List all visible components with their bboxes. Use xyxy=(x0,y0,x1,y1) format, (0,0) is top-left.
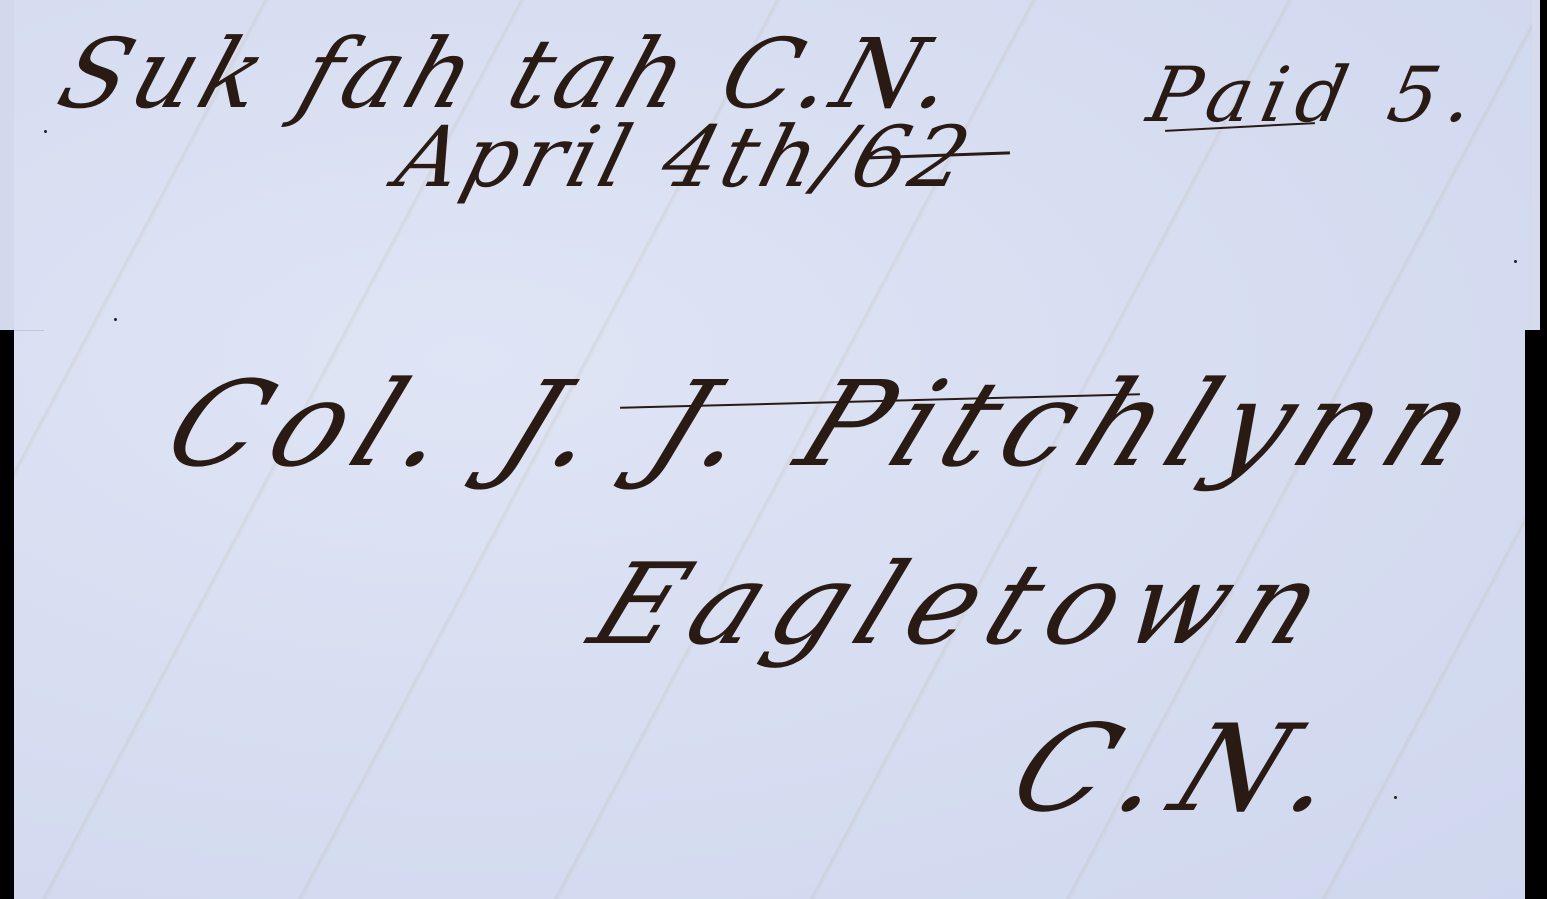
fold-crease xyxy=(14,330,44,331)
postage-rate: Paid 5. xyxy=(1141,50,1493,139)
ink-speck xyxy=(1514,260,1517,263)
addressee-name: Col. J. J. Pitchlynn xyxy=(147,355,1506,493)
ink-speck xyxy=(44,130,47,133)
scanned-cover: Suk fah tah C.N. April 4th/62 Paid 5. Co… xyxy=(0,0,1547,899)
edge-shadow xyxy=(1525,330,1547,899)
ink-speck xyxy=(114,318,117,321)
destination-town: Eagletown xyxy=(574,540,1355,670)
ink-speck xyxy=(1394,796,1397,799)
destination-nation: C.N. xyxy=(992,700,1381,839)
